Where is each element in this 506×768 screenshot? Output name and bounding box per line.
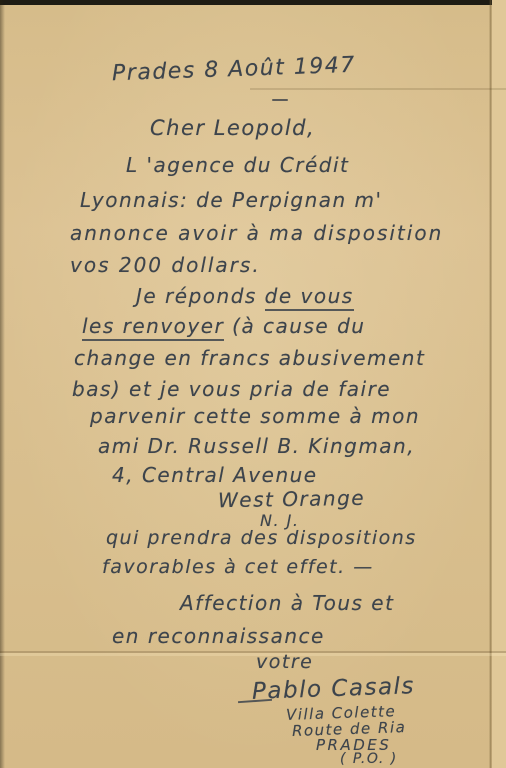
body-line: les renvoyer (à cause du [82,314,365,338]
body-line: West Orange [218,486,366,513]
body-line: parvenir cette somme à mon [90,404,420,428]
signature: Pablo Casals [252,673,416,705]
letter-scan: Prades 8 Août 1947 Cher Leopold, L 'agen… [0,0,506,768]
body-line: Lyonnais: de Perpignan m' [80,188,383,212]
body-line-text: (à cause du [224,314,365,338]
body-line: favorables à cet effet. — [102,556,374,578]
body-line: annonce avoir à ma disposition [70,221,443,245]
underlined-text: les renvoyer [82,314,224,341]
body-line: 4, Central Avenue [112,463,318,487]
paper-fold-lower-highlight [0,653,506,656]
body-line: ami Dr. Russell B. Kingman, [98,434,415,458]
body-line: votre [256,651,313,673]
place-date-line: Prades 8 Août 1947 [112,53,357,86]
scan-edge-top [0,0,506,5]
body-line: vos 200 dollars. [70,253,261,277]
body-line: qui prendra des dispositions [106,527,417,549]
salutation-line: Cher Leopold, [150,116,315,140]
body-line-text: Je réponds [136,284,265,308]
body-line: Je réponds de vous [136,284,354,308]
body-line: Affection à Tous et [180,591,394,615]
body-line: change en francs abusivement [74,346,425,370]
paper-crease-upper [250,88,506,90]
address-line: ( P.O. ) [340,751,398,767]
body-line: en reconnaissance [112,624,325,648]
body-line: bas) et je vous pria de faire [72,377,391,401]
underlined-text: de vous [265,284,354,311]
ink-stray-mark [272,99,288,101]
body-line: L 'agence du Crédit [126,153,349,177]
